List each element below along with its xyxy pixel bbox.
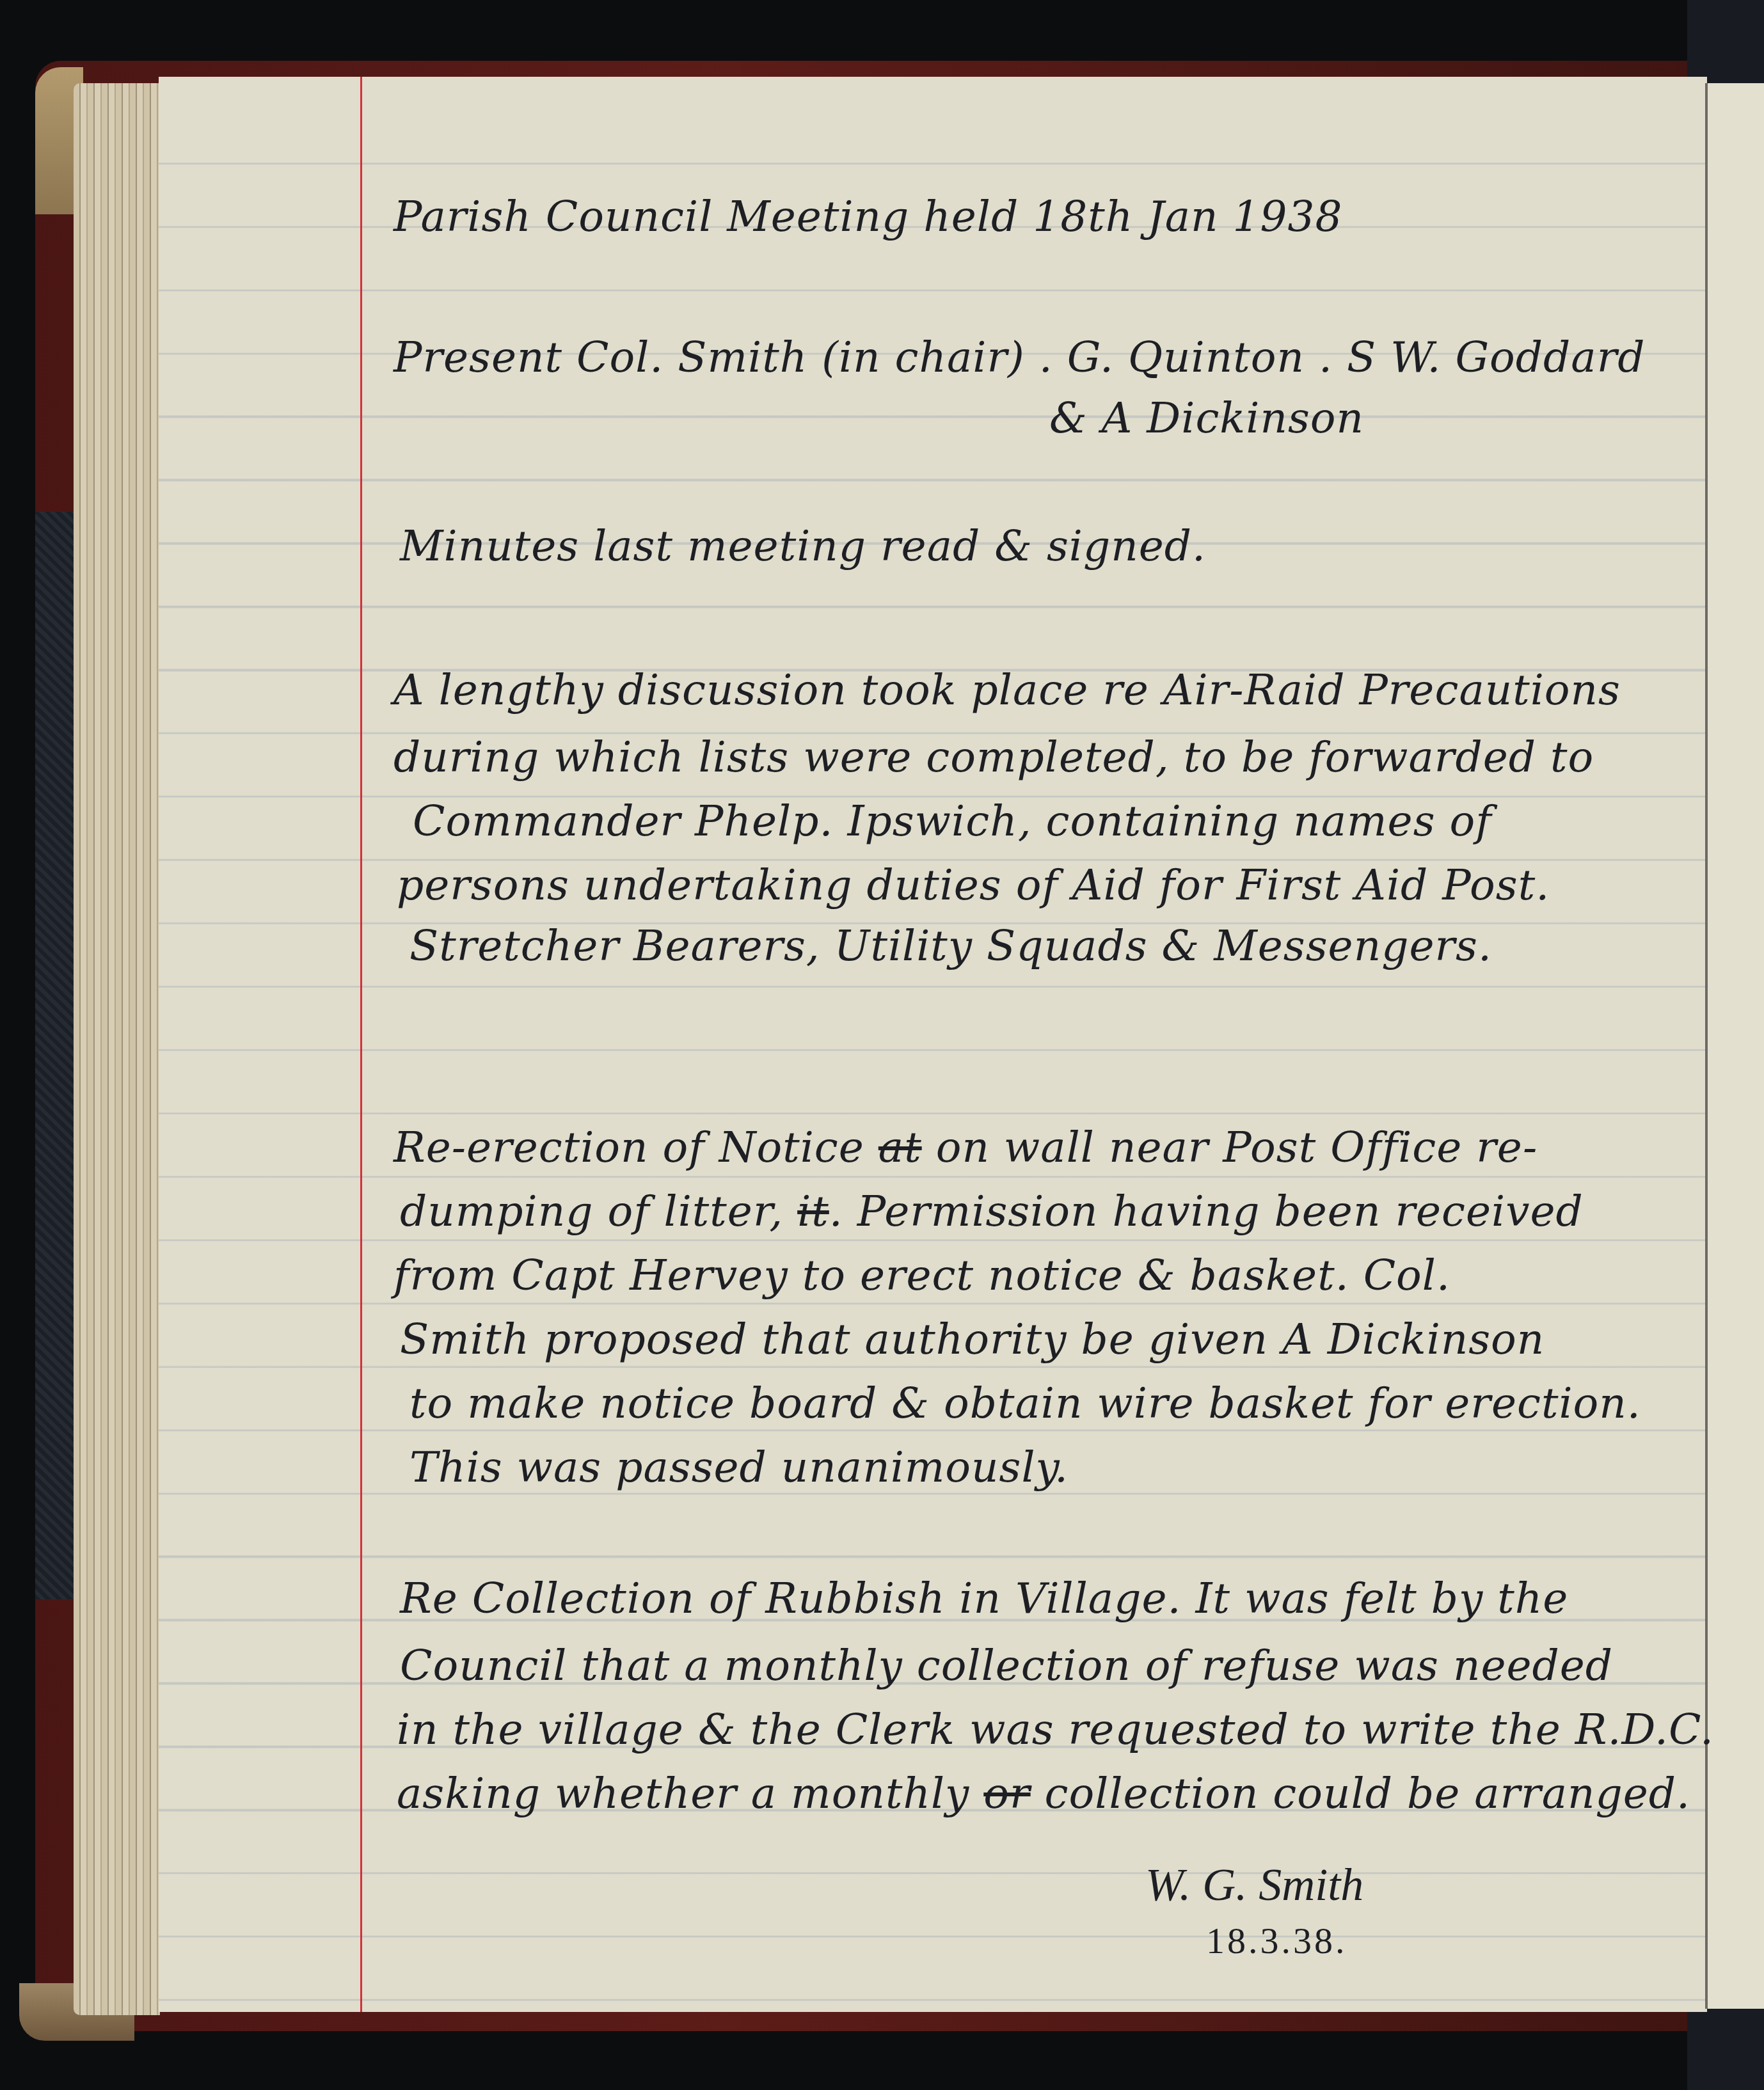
chair-signature: W. G. Smith [1145,1858,1363,1912]
text-segment: collection could be arranged. [1031,1769,1690,1818]
page-title: Parish Council Meeting held 18th Jan 193… [393,192,1342,241]
struck-word: it [797,1187,829,1236]
struck-word: at [878,1123,922,1172]
paragraph-line: This was passed unanimously. [409,1443,1069,1492]
paragraph-line: Re-erection of Notice at on wall near Po… [393,1123,1538,1172]
text-segment: asking whether a monthly [397,1769,983,1818]
text-segment: dumping of litter, [400,1187,797,1236]
paragraph-line: A lengthy discussion took place re Air-R… [393,665,1621,715]
paragraph-line: to make notice board & obtain wire baske… [409,1379,1641,1428]
handwritten-minutes: Parish Council Meeting held 18th Jan 193… [0,0,1764,2090]
text-segment: on wall near Post Office re- [922,1123,1538,1172]
paragraph-line: Council that a monthly collection of ref… [400,1641,1613,1690]
attendees-line-2: & A Dickinson [1049,393,1364,443]
paragraph-line: during which lists were completed, to be… [393,732,1594,782]
minutes-approval: Minutes last meeting read & signed. [400,521,1206,571]
paragraph-line: from Capt Hervey to erect notice & baske… [393,1251,1450,1300]
paragraph-line: in the village & the Clerk was requested… [397,1705,1714,1754]
paragraph-line: persons undertaking duties of Aid for Fi… [397,860,1550,910]
signature-date: 18.3.38. [1206,1919,1347,1962]
paragraph-line: Commander Phelp. Ipswich, containing nam… [413,796,1492,846]
attendees-line-1: Present Col. Smith (in chair) . G. Quint… [393,333,1646,382]
paragraph-line: Stretcher Bearers, Utility Squads & Mess… [409,921,1492,970]
struck-word: or [983,1769,1030,1818]
paragraph-line: Re Collection of Rubbish in Village. It … [400,1574,1568,1623]
paragraph-line: Smith proposed that authority be given A… [400,1315,1545,1364]
paragraph-line: asking whether a monthly or collection c… [397,1769,1690,1818]
paragraph-line: dumping of litter, it. Permission having… [400,1187,1584,1236]
text-segment: Re-erection of Notice [393,1123,878,1172]
text-segment: . Permission having been received [829,1187,1584,1236]
